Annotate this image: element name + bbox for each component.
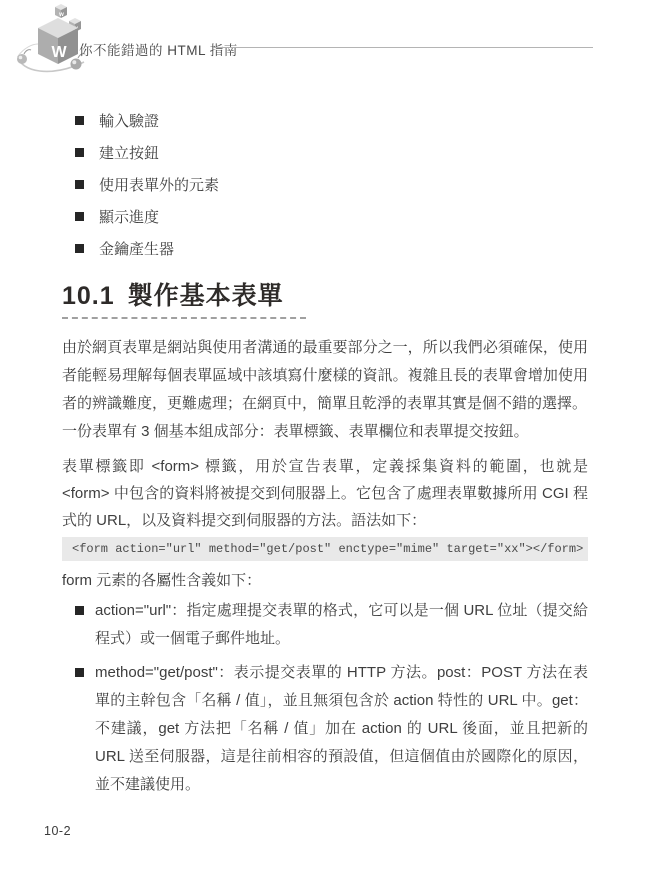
svg-text:w: w <box>58 12 64 18</box>
body-paragraph: 表單標籤即 <form> 標籤，用於宣告表單，定義採集資料的範圍，也就是 <fo… <box>62 453 588 534</box>
sphere-icon <box>17 50 31 64</box>
body-paragraph: 一份表單有 3 個基本組成部分：表單標籤、表單欄位和表單提交按鈕。 <box>62 418 588 446</box>
attribute-list-item: method="get/post"：表示提交表單的 HTTP 方法。post：P… <box>62 659 588 799</box>
topic-list-item: 金鑰產生器 <box>62 232 588 264</box>
section-heading-underline: 10.1製作基本表單 <box>62 283 306 319</box>
body-paragraph: 由於網頁表單是網站與使用者溝通的最重要部分之一，所以我們必須確保，使用者能輕易理… <box>62 334 588 418</box>
section-title: 製作基本表單 <box>128 282 284 310</box>
topic-label: 建立按鈕 <box>99 142 159 163</box>
code-block: <form action="url" method="get/post" enc… <box>62 537 588 561</box>
topic-list-item: 使用表單外的元素 <box>62 168 588 200</box>
section-heading: 10.1製作基本表單 <box>62 283 588 319</box>
attribute-description: action="url"：指定處理提交表單的格式，它可以是一個 URL 位址（提… <box>95 602 588 647</box>
topic-label: 顯示進度 <box>99 206 159 227</box>
topic-list-item: 輸入驗證 <box>62 104 588 136</box>
chapter-topics-list: 輸入驗證 建立按鈕 使用表單外的元素 顯示進度 金鑰產生器 <box>62 104 588 264</box>
topic-label: 輸入驗證 <box>99 110 159 131</box>
attribute-list: action="url"：指定處理提交表單的格式，它可以是一個 URL 位址（提… <box>62 597 588 799</box>
small-cube-icon: w <box>55 4 67 18</box>
attribute-description: method="get/post"：表示提交表單的 HTTP 方法。post：P… <box>95 664 588 793</box>
page-number: 10-2 <box>44 824 71 838</box>
body-paragraph: form 元素的各屬性含義如下： <box>62 567 588 595</box>
square-bullet-icon <box>75 148 84 157</box>
square-bullet-icon <box>75 180 84 189</box>
topic-list-item: 建立按鈕 <box>62 136 588 168</box>
square-bullet-icon <box>75 606 84 615</box>
book-title: 你不能錯過的 HTML 指南 <box>79 39 238 59</box>
page-content: 輸入驗證 建立按鈕 使用表單外的元素 顯示進度 金鑰產生器 10.1製作基本表單 <box>62 104 588 799</box>
square-bullet-icon <box>75 212 84 221</box>
square-bullet-icon <box>75 116 84 125</box>
svg-text:W: W <box>51 44 67 61</box>
section-number: 10.1 <box>62 282 115 310</box>
topic-list-item: 顯示進度 <box>62 200 588 232</box>
header-rule-divider <box>213 47 593 48</box>
topic-label: 金鑰產生器 <box>99 238 174 259</box>
square-bullet-icon <box>75 668 84 677</box>
square-bullet-icon <box>75 244 84 253</box>
topic-label: 使用表單外的元素 <box>99 174 219 195</box>
attribute-list-item: action="url"：指定處理提交表單的格式，它可以是一個 URL 位址（提… <box>62 597 588 653</box>
